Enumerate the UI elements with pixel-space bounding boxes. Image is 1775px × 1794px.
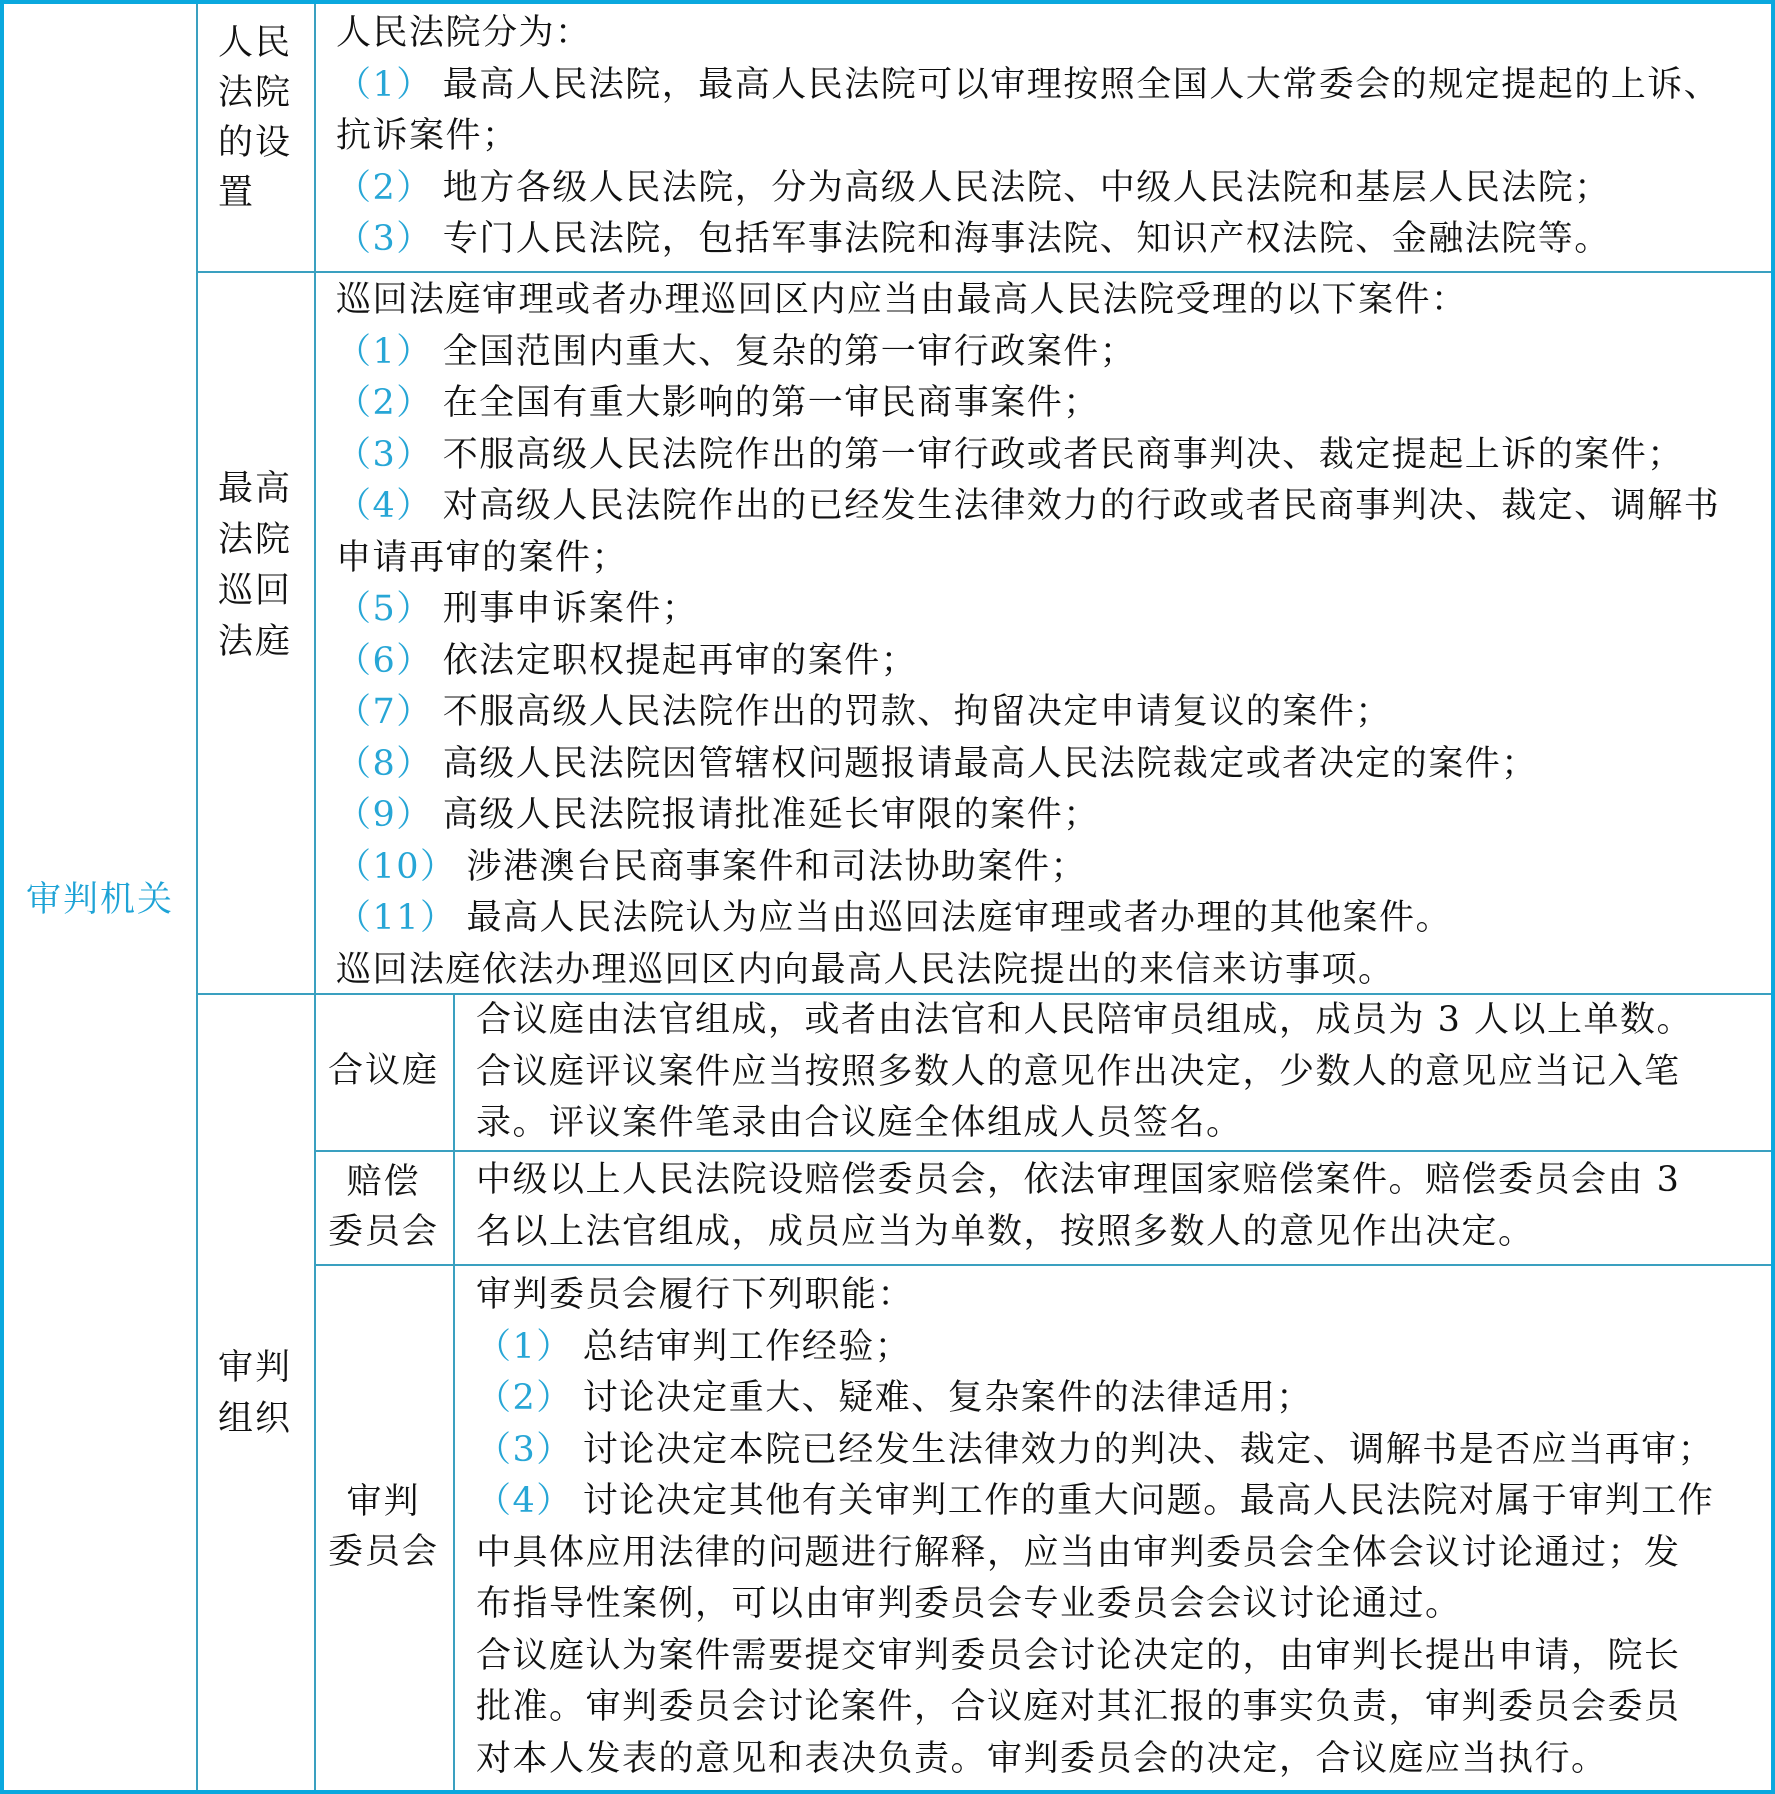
list-item: （3）不服高级人民法院作出的第一审行政或者民商事判决、裁定提起上诉的案件； <box>336 430 1766 482</box>
list-item: （5）刑事申诉案件； <box>336 584 1766 636</box>
collegial-panel-label: 合议庭 <box>328 1046 439 1098</box>
list-item-continuation: 抗诉案件； <box>336 111 1766 163</box>
trial-organization-label-cell: 审判 组织 <box>196 993 314 1790</box>
collegial-panel-label-cell: 合议庭 <box>314 993 453 1150</box>
list-item: （1）总结审判工作经验； <box>476 1322 1768 1374</box>
row-divider-collegial <box>314 1150 1771 1152</box>
list-item: （9）高级人民法院报请批准延长审限的案件； <box>336 790 1766 842</box>
judicial-committee-intro: 审判委员会履行下列职能： <box>476 1270 1768 1322</box>
section-label: 审判机关 <box>26 872 174 922</box>
list-item: （4）讨论决定其他有关审判工作的重大问题。最高人民法院对属于审判工作 <box>476 1476 1768 1528</box>
list-item: （3）讨论决定本院已经发生法律效力的判决、裁定、调解书是否应当再审； <box>476 1425 1768 1477</box>
compensation-committee-label-cell: 赔偿 委员会 <box>314 1150 453 1264</box>
list-item: （2）讨论决定重大、疑难、复杂案件的法律适用； <box>476 1373 1768 1425</box>
list-item: （2）在全国有重大影响的第一审民商事案件； <box>336 378 1766 430</box>
list-item: （11）最高人民法院认为应当由巡回法庭审理或者办理的其他案件。 <box>336 893 1766 945</box>
trial-organization-label: 审判 组织 <box>218 1343 298 1445</box>
list-item: （4）对高级人民法院作出的已经发生法律效力的行政或者民商事判决、裁定、调解书 <box>336 481 1766 533</box>
circuit-court-content: 巡回法庭审理或者办理巡回区内应当由最高人民法院受理的以下案件： （1）全国范围内… <box>336 275 1766 996</box>
list-item: （6）依法定职权提起再审的案件； <box>336 636 1766 688</box>
list-item: （2）地方各级人民法院，分为高级人民法院、中级人民法院和基层人民法院； <box>336 163 1766 215</box>
list-item: （1）全国范围内重大、复杂的第一审行政案件； <box>336 327 1766 379</box>
row-divider-compensation <box>314 1264 1771 1266</box>
court-setup-intro: 人民法院分为： <box>336 8 1766 60</box>
item-number: （2） <box>336 168 433 208</box>
court-setup-label: 人民 法院 的设 置 <box>218 18 298 218</box>
row-divider-setup <box>196 271 1771 273</box>
list-item: （8）高级人民法院因管辖权问题报请最高人民法院裁定或者决定的案件； <box>336 739 1766 791</box>
item-number: （3） <box>336 219 433 259</box>
list-item: （1）最高人民法院，最高人民法院可以审理按照全国人大常委会的规定提起的上诉、 <box>336 60 1766 112</box>
collegial-panel-content: 合议庭由法官组成，或者由法官和人民陪审员组成，成员为 3 人以上单数。 合议庭评… <box>476 995 1768 1150</box>
list-item: （3）专门人民法院，包括军事法院和海事法院、知识产权法院、金融法院等。 <box>336 214 1766 266</box>
circuit-court-closing: 巡回法庭依法办理巡回区内向最高人民法院提出的来信来访事项。 <box>336 945 1766 997</box>
judicial-committee-label-cell: 审判 委员会 <box>314 1264 453 1790</box>
judicial-committee-content: 审判委员会履行下列职能： （1）总结审判工作经验； （2）讨论决定重大、疑难、复… <box>476 1270 1768 1785</box>
court-setup-label-cell: 人民 法院 的设 置 <box>196 4 314 271</box>
court-setup-content: 人民法院分为： （1）最高人民法院，最高人民法院可以审理按照全国人大常委会的规定… <box>336 8 1766 266</box>
circuit-court-label: 最高 法院 巡回 法庭 <box>218 464 298 668</box>
list-item: （10）涉港澳台民商事案件和司法协助案件； <box>336 842 1766 894</box>
section-label-cell: 审判机关 <box>4 4 196 1790</box>
compensation-committee-content: 中级以上人民法院设赔偿委员会，依法审理国家赔偿案件。赔偿委员会由 3 名以上法官… <box>476 1155 1768 1258</box>
list-item-continuation: 申请再审的案件； <box>336 533 1766 585</box>
list-item: （7）不服高级人民法院作出的罚款、拘留决定申请复议的案件； <box>336 687 1766 739</box>
circuit-court-label-cell: 最高 法院 巡回 法庭 <box>196 271 314 993</box>
column-divider-3 <box>453 993 455 1790</box>
circuit-court-intro: 巡回法庭审理或者办理巡回区内应当由最高人民法院受理的以下案件： <box>336 275 1766 327</box>
item-number: （1） <box>336 65 433 105</box>
